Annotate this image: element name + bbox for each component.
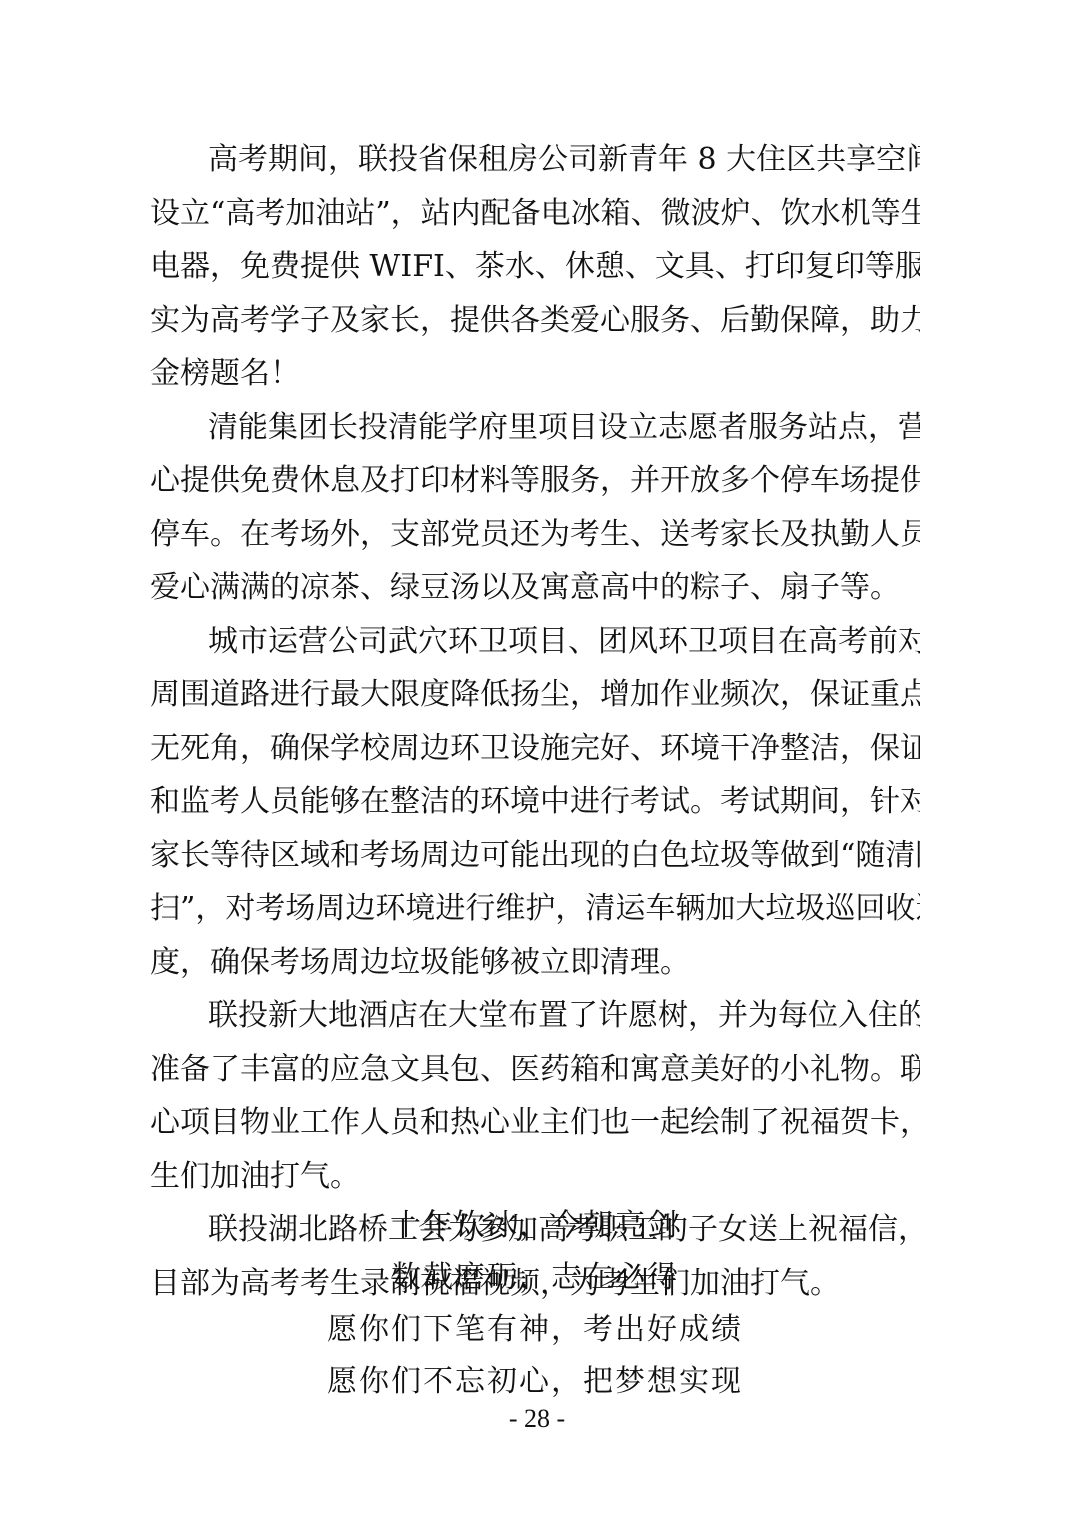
paragraph-qingneng-group: 清能集团长投清能学府里项目设立志愿者服务站点，营销中 心提供免费休息及打印材料等… bbox=[150, 401, 920, 615]
poem-line: 愿你们不忘初心，把梦想实现 bbox=[150, 1356, 920, 1408]
text-line: 高考期间，联投省保租房公司新青年 8 大住区共享空间携手 bbox=[150, 133, 920, 187]
text-line: 实为高考学子及家长，提供各类爱心服务、后勤保障，助力学子 bbox=[150, 294, 920, 348]
text-line: 准备了丰富的应急文具包、医药箱和寓意美好的小礼物。联投中 bbox=[150, 1043, 920, 1097]
text-line: 周围道路进行最大限度降低扬尘，增加作业频次，保证重点街路 bbox=[150, 668, 920, 722]
text-line: 生们加油打气。 bbox=[150, 1150, 920, 1204]
text-line: 联投新大地酒店在大堂布置了许愿树，并为每位入住的考生 bbox=[150, 989, 920, 1043]
text-line: 家长等待区域和考场周边可能出现的白色垃圾等做到“随清随 bbox=[150, 829, 920, 883]
paragraph-city-operations: 城市运营公司武穴环卫项目、团风环卫项目在高考前对考点 周围道路进行最大限度降低扬… bbox=[150, 615, 920, 990]
text-line: 扫”，对考场周边环境进行维护，清运车辆加大垃圾巡回收运力 bbox=[150, 882, 920, 936]
poem-line: 十年饮冰，今朝亮剑 bbox=[150, 1200, 920, 1252]
text-line: 和监考人员能够在整洁的环境中进行考试。考试期间，针对考生 bbox=[150, 775, 920, 829]
text-line: 度，确保考场周边垃圾能够被立即清理。 bbox=[150, 936, 920, 990]
document-page: 高考期间，联投省保租房公司新青年 8 大住区共享空间携手 设立“高考加油站”，站… bbox=[0, 0, 1074, 1520]
text-line: 心项目物业工作人员和热心业主们也一起绘制了祝福贺卡，为考 bbox=[150, 1096, 920, 1150]
paragraph-rental-housing: 高考期间，联投省保租房公司新青年 8 大住区共享空间携手 设立“高考加油站”，站… bbox=[150, 133, 920, 401]
text-line: 金榜题名！ bbox=[150, 347, 920, 401]
text-line: 设立“高考加油站”，站内配备电冰箱、微波炉、饮水机等生活 bbox=[150, 187, 920, 241]
text-line: 停车。在考场外，支部党员还为考生、送考家长及执勤人员送上 bbox=[150, 508, 920, 562]
body-text: 高考期间，联投省保租房公司新青年 8 大住区共享空间携手 设立“高考加油站”，站… bbox=[150, 133, 920, 1310]
text-line: 清能集团长投清能学府里项目设立志愿者服务站点，营销中 bbox=[150, 401, 920, 455]
text-line: 无死角，确保学校周边环卫设施完好、环境干净整洁，保证考生 bbox=[150, 722, 920, 776]
text-line: 爱心满满的凉茶、绿豆汤以及寓意高中的粽子、扇子等。 bbox=[150, 561, 920, 615]
text-line: 城市运营公司武穴环卫项目、团风环卫项目在高考前对考点 bbox=[150, 615, 920, 669]
text-line: 电器，免费提供 WIFI、茶水、休憩、文具、打印复印等服务，切 bbox=[150, 240, 920, 294]
poem-line: 愿你们下笔有神，考出好成绩 bbox=[150, 1304, 920, 1356]
text-line: 心提供免费休息及打印材料等服务，并开放多个停车场提供免费 bbox=[150, 454, 920, 508]
paragraph-hotel: 联投新大地酒店在大堂布置了许愿树，并为每位入住的考生 准备了丰富的应急文具包、医… bbox=[150, 989, 920, 1203]
page-number: - 28 - bbox=[0, 1404, 1074, 1434]
poem-line: 数载磨砺，志在必得 bbox=[150, 1252, 920, 1304]
blessing-poem: 十年饮冰，今朝亮剑 数载磨砺，志在必得 愿你们下笔有神，考出好成绩 愿你们不忘初… bbox=[150, 1200, 920, 1408]
